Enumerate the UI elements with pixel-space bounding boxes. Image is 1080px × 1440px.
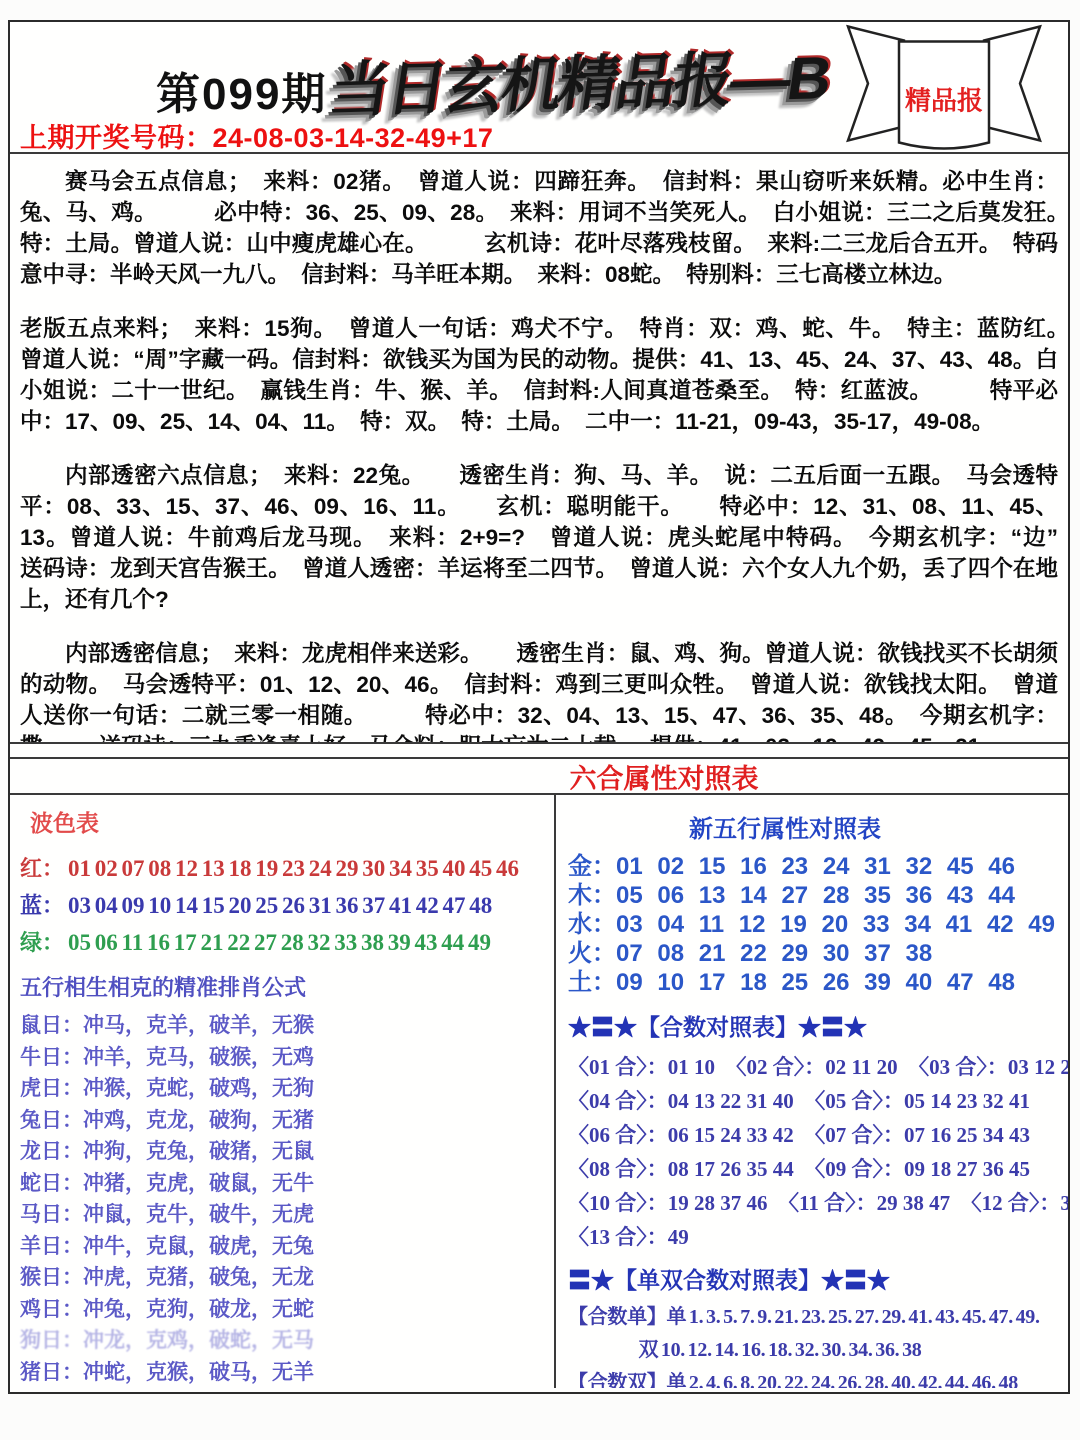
hesum-line-6: 〈13 合〉：49 bbox=[568, 1220, 1062, 1254]
wuxing-numbers-metal: 01 02 15 16 23 24 31 32 45 46 bbox=[616, 853, 1015, 880]
green-ball-row: 绿：05 06 11 16 17 21 22 27 28 32 33 38 39… bbox=[20, 924, 550, 961]
ribbon-left-wing bbox=[848, 27, 904, 141]
hesum-odd-line: 【合数单】单 1. 3. 5. 7. 9. 21. 23. 25. 27. 29… bbox=[568, 1301, 1062, 1334]
zodiac-line-monkey: 猴日：冲虎，克猪，破兔，无龙 bbox=[20, 1262, 550, 1294]
hesum-line-2: 〈04 合〉：04 13 22 31 40 〈05 合〉：05 14 23 32… bbox=[568, 1084, 1062, 1118]
blue-ball-numbers: 03 04 09 10 14 15 20 25 26 31 36 37 41 4… bbox=[68, 893, 492, 918]
blue-ball-label: 蓝： bbox=[20, 893, 64, 918]
formula-title: 五行相生相克的精准排肖公式 bbox=[20, 971, 550, 1002]
wuxing-row-metal: 金：01 02 15 16 23 24 31 32 45 46 bbox=[568, 852, 1062, 881]
wuxing-label-fire: 火： bbox=[568, 940, 616, 967]
tips-section: 赛马会五点信息； 来料：02猪。 曾道人说：四蹄狂奔。 信封料：果山窃听来妖精。… bbox=[10, 154, 1068, 744]
green-ball-numbers: 05 06 11 16 17 21 22 27 28 32 33 38 39 4… bbox=[68, 930, 491, 955]
hesum-line-5: 〈10 合〉：19 28 37 46 〈11 合〉：29 38 47 〈12 合… bbox=[568, 1186, 1062, 1220]
masthead-logo: 当日玄机精品报—B bbox=[324, 29, 884, 129]
right-column: 新五行属性对照表 金：01 02 15 16 23 24 31 32 45 46… bbox=[556, 795, 1068, 1388]
zodiac-line-tiger: 虎日：冲猴，克蛇，破鸡，无狗 bbox=[20, 1073, 550, 1105]
tip-paragraph-3: 内部透密六点信息； 来料：22兔。 透密生肖：狗、马、羊。 说：二五后面一五跟。… bbox=[20, 460, 1058, 615]
tip-paragraph-1: 赛马会五点信息； 来料：02猪。 曾道人说：四蹄狂奔。 信封料：果山窃听来妖精。… bbox=[20, 166, 1058, 290]
zodiac-line-rabbit: 兔日：冲鸡，克龙，破狗，无猪 bbox=[20, 1105, 550, 1137]
zodiac-line-rat: 鼠日：冲马，克羊，破羊，无猴 bbox=[20, 1010, 550, 1042]
hesum-even-line: 【合数双】单 2. 4. 6. 8. 20. 22. 24. 26. 28. 4… bbox=[568, 1367, 1062, 1388]
tip-paragraph-2: 老版五点来料； 来料：15狗。 曾道人一句话：鸡犬不宁。 特肖：双：鸡、蛇、牛。… bbox=[20, 313, 1058, 437]
wuxing-row-wood: 木：05 06 13 14 27 28 35 36 43 44 bbox=[568, 881, 1062, 910]
wuxing-label-wood: 木： bbox=[568, 882, 616, 909]
left-column: 波色表 红：01 02 07 08 12 13 18 19 23 24 29 3… bbox=[10, 795, 556, 1388]
ribbon-graphic: 精品报 bbox=[844, 12, 1044, 162]
section-title: 六合属性对照表 bbox=[570, 757, 759, 796]
hesum-odd-even-line: 双 10. 12. 14. 16. 18. 32. 30. 34. 36. 38 bbox=[568, 1334, 1062, 1367]
red-ball-numbers: 01 02 07 08 12 13 18 19 23 24 29 30 34 3… bbox=[68, 856, 519, 881]
zodiac-line-dragon: 龙日：冲狗，克兔，破猪，无鼠 bbox=[20, 1136, 550, 1168]
section-title-band: 六合属性对照表 bbox=[10, 757, 1068, 795]
wuxing-label-water: 水： bbox=[568, 911, 616, 938]
green-ball-label: 绿： bbox=[20, 930, 64, 955]
last-draw-numbers: 上期开奖号码：24-08-03-14-32-49+17 bbox=[20, 116, 493, 155]
blue-ball-row: 蓝：03 04 09 10 14 15 20 25 26 31 36 37 41… bbox=[20, 887, 550, 924]
zodiac-line-horse: 马日：冲鼠，克牛，破牛，无虎 bbox=[20, 1199, 550, 1231]
zodiac-line-goat: 羊日：冲牛，克鼠，破虎，无兔 bbox=[20, 1231, 550, 1263]
page-frame: 第099期 当日玄机精品报—B 精品报 上期开奖号码：24-08-03-14-3… bbox=[8, 20, 1070, 1394]
wuxing-row-earth: 土：09 10 17 18 25 26 39 40 47 48 bbox=[568, 968, 1062, 997]
wuxing-row-fire: 火：07 08 21 22 29 30 37 38 bbox=[568, 939, 1062, 968]
wuxing-numbers-earth: 09 10 17 18 25 26 39 40 47 48 bbox=[616, 969, 1015, 996]
ribbon-right-wing bbox=[984, 27, 1040, 141]
zodiac-line-ox: 牛日：冲羊，克马，破猴，无鸡 bbox=[20, 1042, 550, 1074]
hesum-line-1: 〈01 合〉：01 10 〈02 合〉：02 11 20 〈03 合〉：03 1… bbox=[568, 1050, 1062, 1084]
tables-section: 波色表 红：01 02 07 08 12 13 18 19 23 24 29 3… bbox=[10, 795, 1068, 1388]
wuxing-row-water: 水：03 04 11 12 19 20 33 34 41 42 49 bbox=[568, 910, 1062, 939]
zodiac-line-snake: 蛇日：冲猪，克虎，破鼠，无牛 bbox=[20, 1168, 550, 1200]
zodiac-line-pig: 猪日：冲蛇，克猴，破马，无羊 bbox=[20, 1357, 550, 1389]
bose-table-title: 波色表 bbox=[30, 805, 550, 838]
zodiac-line-dog: 狗日：冲龙，克鸡，破蛇，无马 bbox=[20, 1325, 550, 1357]
zodiac-line-rooster: 鸡日：冲兔，克狗，破龙，无蛇 bbox=[20, 1294, 550, 1326]
ribbon-label: 精品报 bbox=[905, 86, 983, 116]
tip-paragraph-4: 内部透密信息； 来料：龙虎相伴来送彩。 透密生肖：鼠、鸡、狗。曾道人说：欲钱找买… bbox=[20, 638, 1058, 744]
red-ball-label: 红： bbox=[20, 856, 64, 881]
wuxing-numbers-wood: 05 06 13 14 27 28 35 36 43 44 bbox=[616, 882, 1015, 909]
red-ball-row: 红：01 02 07 08 12 13 18 19 23 24 29 30 34… bbox=[20, 850, 550, 887]
wuxing-numbers-fire: 07 08 21 22 29 30 37 38 bbox=[616, 940, 932, 967]
wuxing-numbers-water: 03 04 11 12 19 20 33 34 41 42 49 bbox=[616, 911, 1055, 938]
issue-number: 第099期 bbox=[156, 58, 327, 122]
wuxing-label-earth: 土： bbox=[568, 969, 616, 996]
danshuang-table-title: 〓★【单双合数对照表】★〓★ bbox=[568, 1262, 1062, 1295]
hesum-table-title: ★〓★【合数对照表】★〓★ bbox=[568, 1009, 1062, 1042]
hesum-line-3: 〈06 合〉：06 15 24 33 42 〈07 合〉：07 16 25 34… bbox=[568, 1118, 1062, 1152]
wuxing-label-metal: 金： bbox=[568, 853, 616, 880]
ribbon-banner: 精品报 bbox=[844, 12, 1044, 162]
header: 第099期 当日玄机精品报—B 精品报 上期开奖号码：24-08-03-14-3… bbox=[10, 22, 1068, 154]
hesum-line-4: 〈08 合〉：08 17 26 35 44 〈09 合〉：09 18 27 36… bbox=[568, 1152, 1062, 1186]
newspaper-page: 第099期 当日玄机精品报—B 精品报 上期开奖号码：24-08-03-14-3… bbox=[0, 0, 1080, 1440]
wuxing-table-title: 新五行属性对照表 bbox=[568, 809, 1002, 844]
